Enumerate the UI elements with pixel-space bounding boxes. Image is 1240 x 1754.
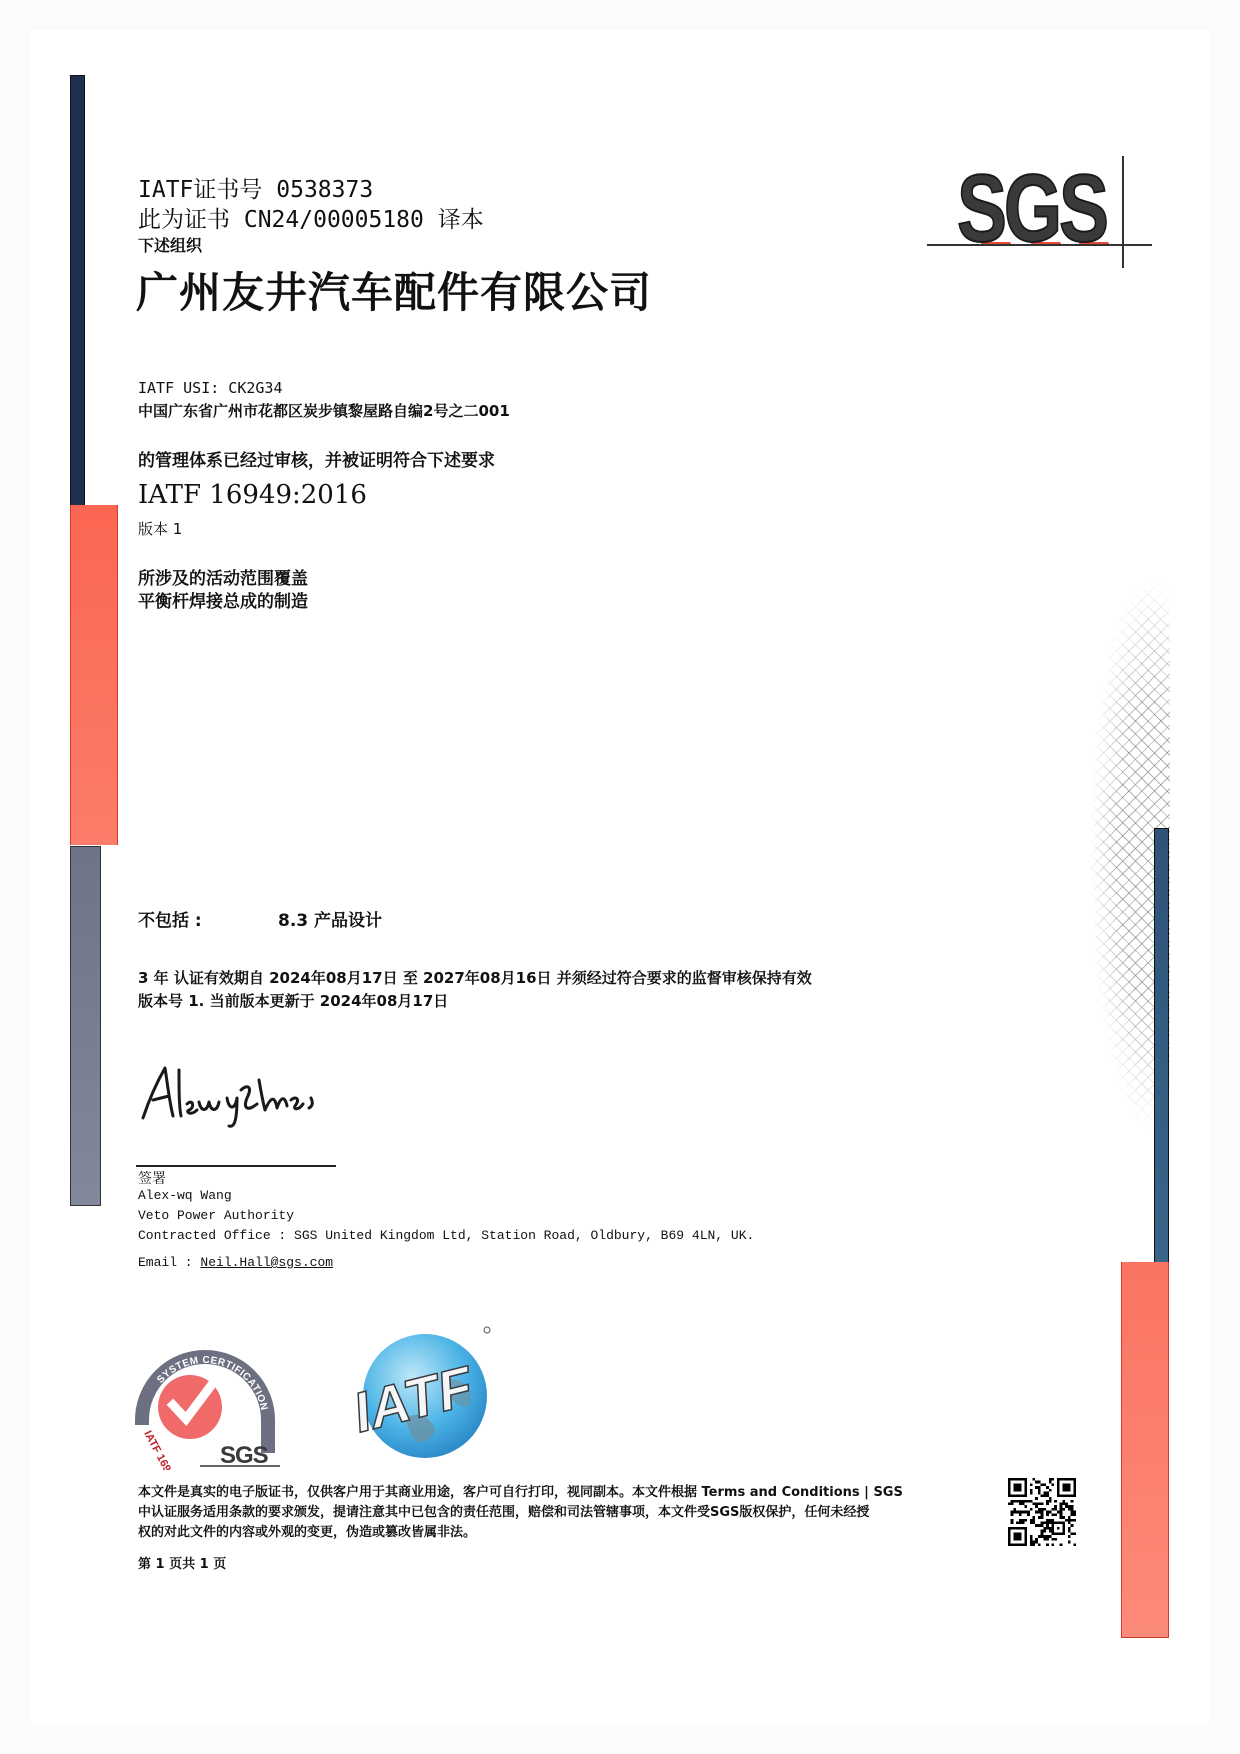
cert-id-value: CN24/00005180: [244, 207, 424, 233]
page-indicator: 第 1 页共 1 页: [138, 1553, 226, 1572]
decorative-bar-red-left: [70, 505, 118, 845]
disclaimer-line: 本文件是真实的电子版证书，仅供客户用于其商业用途，客户可自行打印，视同副本。本文…: [138, 1483, 998, 1503]
organization-address: 中国广东省广州市花都区炭步镇黎屋路自编2号之二001: [138, 400, 510, 421]
sgs-system-certification-mark: SYSTEM CERTIFICATION IATF 16949 SGS: [130, 1325, 280, 1470]
email-label: Email :: [138, 1255, 200, 1270]
contracted-office: Contracted Office : SGS United Kingdom L…: [138, 1228, 754, 1243]
exclusion-value: 8.3 产品设计: [278, 906, 382, 931]
guilloche-security-pattern: [1050, 520, 1170, 1260]
iatf-cert-number-value: 0538373: [276, 177, 373, 203]
qr-code[interactable]: [1008, 1478, 1076, 1546]
audit-statement: 的管理体系已经过审核，并被证明符合下述要求: [138, 446, 495, 471]
sgs-logo-text: SGS: [957, 154, 1106, 264]
disclaimer-line: 中认证服务适用条款的要求颁发，提请注意其中已包含的责任范围，赔偿和司法管辖事项，…: [138, 1503, 998, 1523]
standard-name: IATF 16949:2016: [138, 480, 367, 510]
decorative-bar-red-right: [1121, 1262, 1169, 1638]
email-link[interactable]: Neil.Hall@sgs.com: [200, 1255, 333, 1270]
sgs-logo: SGS: [915, 148, 1135, 268]
signature-line: [136, 1165, 336, 1167]
sgs-logo-baseline: [927, 244, 1152, 246]
signatory-name: Alex-wq Wang: [138, 1188, 232, 1203]
sgs-logo-vertical-line: [1122, 156, 1124, 268]
cert-id-prefix: 此为证书: [138, 207, 230, 233]
signature-label: 签署: [138, 1168, 166, 1188]
scope-description: 平衡杆焊接总成的制造: [138, 587, 308, 612]
disclaimer: 本文件是真实的电子版证书，仅供客户用于其商业用途，客户可自行打印，视同副本。本文…: [138, 1483, 998, 1543]
iatf-certificate-number: IATF证书号 0538373: [138, 171, 373, 204]
iatf-cert-label: IATF证书号: [138, 177, 262, 203]
iatf-logo: IATF: [335, 1320, 495, 1470]
validity-period: 3 年 认证有效期自 2024年08月17日 至 2027年08月16日 并须经…: [138, 967, 812, 988]
decorative-bar-blue-right: [1154, 828, 1169, 1263]
cert-id-suffix: 译本: [438, 207, 484, 233]
signature-image: [135, 1060, 355, 1130]
signatory-title: Veto Power Authority: [138, 1208, 294, 1223]
organization-name: 广州友井汽车配件有限公司: [136, 260, 652, 320]
standard-version: 版本 1: [138, 518, 182, 539]
email-row: Email : Neil.Hall@sgs.com: [138, 1255, 333, 1270]
decorative-bar-gray-left: [70, 846, 101, 1206]
scope-label: 所涉及的活动范围覆盖: [138, 564, 308, 589]
cert-mark-side-text: IATF 16949: [141, 1429, 178, 1470]
cert-mark-brand: SGS: [220, 1442, 269, 1469]
exclusion-label: 不包括 :: [138, 906, 202, 931]
certificate-id: 此为证书 CN24/00005180 译本: [138, 201, 484, 234]
disclaimer-line: 权的对此文件的内容或外观的变更，伪造或篡改皆属非法。: [138, 1523, 998, 1543]
version-date: 版本号 1. 当前版本更新于 2024年08月17日: [138, 990, 448, 1011]
organization-label: 下述组织: [138, 233, 202, 256]
decorative-bar-navy-left: [70, 75, 85, 506]
iatf-usi: IATF USI: CK2G34: [138, 379, 283, 397]
